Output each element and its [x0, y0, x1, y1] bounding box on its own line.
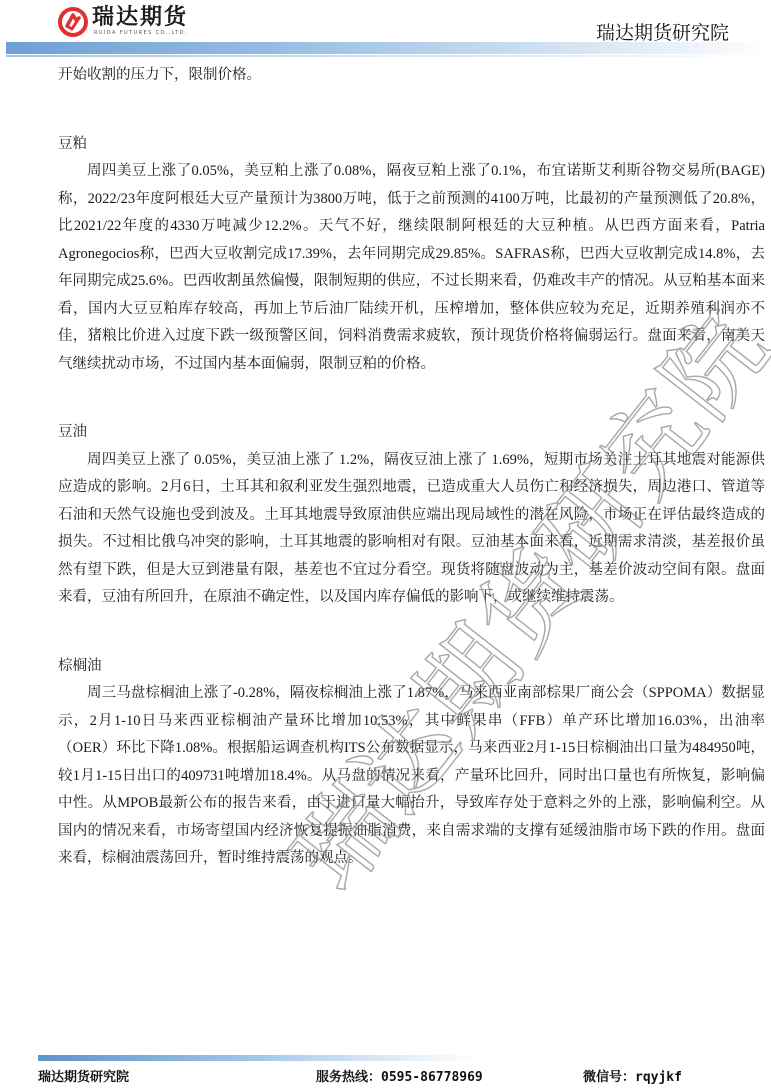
section-title-soymeal: 豆粕	[58, 131, 765, 159]
section-title-palm-oil: 棕榈油	[58, 653, 765, 681]
footer-hotline: 服务热线：0595-86778969	[316, 1066, 483, 1085]
company-logo: 瑞达期货 RUIDA FUTURES CO.,LTD.	[58, 6, 188, 37]
footer-wechat: 微信号：rqyjkf	[583, 1066, 682, 1085]
paragraph-text: 周四美豆上涨了0.05%，美豆粕上涨了0.08%，隔夜豆粕上涨了0.1%，布宜诺…	[58, 158, 765, 378]
section-paragraph-soyoil: 周四美豆上涨了 0.05%，美豆油上涨了 1.2%，隔夜豆油上涨了 1.69%，…	[58, 447, 765, 612]
page-footer: 瑞达期货研究院 服务热线：0595-86778969 微信号：rqyjkf	[38, 1066, 738, 1088]
ruida-logo-icon	[58, 7, 88, 37]
section-paragraph-soymeal: 周四美豆上涨了0.05%，美豆粕上涨了0.08%，隔夜豆粕上涨了0.1%，布宜诺…	[58, 158, 765, 378]
footer-institute: 瑞达期货研究院	[38, 1066, 129, 1085]
logo-name-cn: 瑞达期货	[92, 6, 188, 30]
header-gradient-band	[6, 42, 771, 54]
footer-gradient-band	[38, 1055, 478, 1061]
page-header: 瑞达期货 RUIDA FUTURES CO.,LTD. 瑞达期货研究院	[0, 0, 771, 60]
report-body: 开始收割的压力下，限制价格。 豆粕 周四美豆上涨了0.05%，美豆粕上涨了0.0…	[58, 62, 765, 873]
paragraph-text: 周三马盘棕榈油上涨了-0.28%，隔夜棕榈油上涨了1.87%，马来西亚南部棕果厂…	[58, 680, 765, 873]
section-title-soyoil: 豆油	[58, 419, 765, 447]
logo-name-en: RUIDA FUTURES CO.,LTD.	[94, 30, 188, 37]
header-divider	[6, 55, 771, 57]
intro-line: 开始收割的压力下，限制价格。	[58, 62, 765, 90]
paragraph-text: 周四美豆上涨了 0.05%，美豆油上涨了 1.2%，隔夜豆油上涨了 1.69%，…	[58, 447, 765, 612]
institute-title: 瑞达期货研究院	[596, 18, 729, 45]
section-paragraph-palm-oil: 周三马盘棕榈油上涨了-0.28%，隔夜棕榈油上涨了1.87%，马来西亚南部棕果厂…	[58, 680, 765, 873]
